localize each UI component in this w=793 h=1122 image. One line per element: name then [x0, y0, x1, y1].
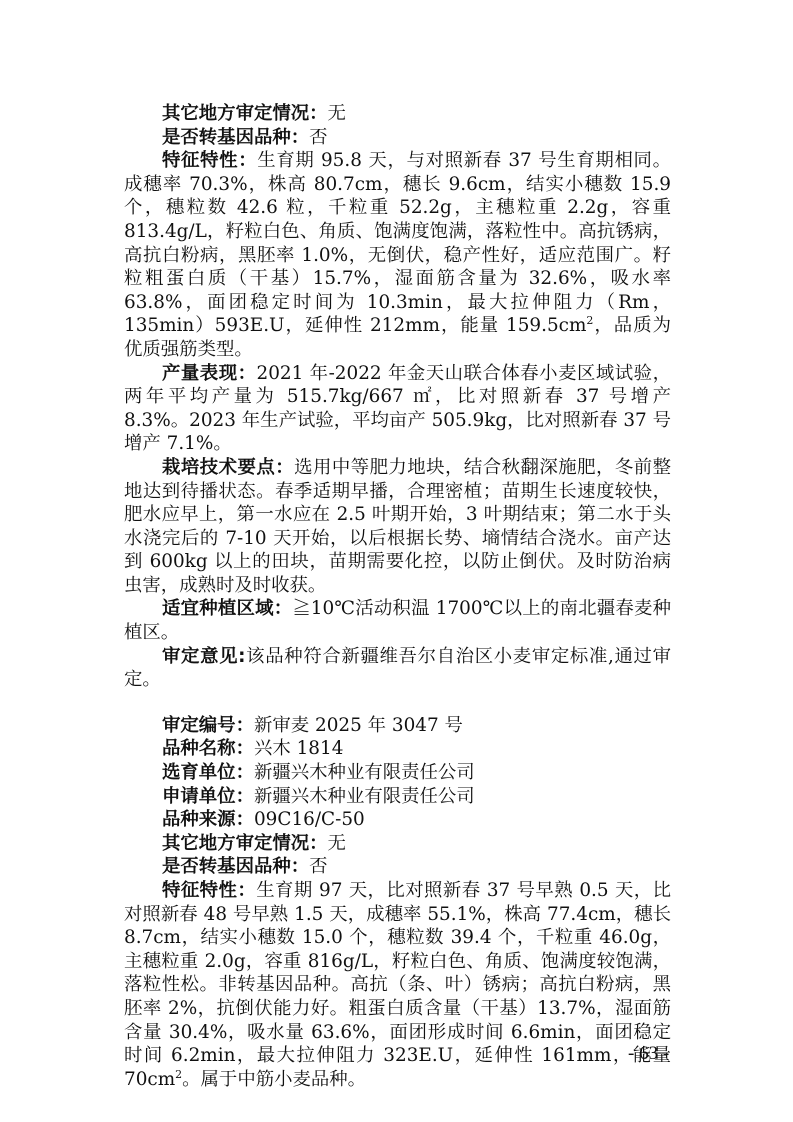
field-value: 否 — [309, 127, 327, 148]
field-label: 选育单位 — [162, 762, 236, 783]
s1-yield: 产量表现：2021 年-2022 年金天山联合体春小麦区域试验，两年平均产量为 … — [124, 362, 671, 456]
s2-breeder: 选育单位：新疆兴木种业有限责任公司 — [124, 761, 671, 785]
field-value: 新审麦 2025 年 3047 号 — [254, 715, 463, 736]
field-label: 是否转基因品种 — [162, 127, 291, 148]
section-gap — [124, 692, 671, 714]
s2-traits: 特征特性：生育期 97 天，比对照新春 37 号早熟 0.5 天，比对照新春 4… — [124, 879, 671, 1091]
field-label: 适宜种植区域 — [162, 598, 274, 619]
s2-gmo: 是否转基因品种：否 — [124, 855, 671, 879]
field-text: 生育期 97 天，比对照新春 37 号早熟 0.5 天，比对照新春 48 号早熟… — [124, 880, 671, 1090]
field-label: 审定意见: — [162, 646, 246, 667]
s2-approval-no: 审定编号：新审麦 2025 年 3047 号 — [124, 714, 671, 738]
field-label: 产量表现 — [162, 363, 238, 384]
field-label: 是否转基因品种 — [162, 856, 291, 877]
field-label: 审定编号 — [162, 715, 236, 736]
s1-other-region: 其它地方审定情况：无 — [124, 102, 671, 126]
s1-opinion: 审定意见:该品种符合新疆维吾尔自治区小麦审定标准,通过审定。 — [124, 645, 671, 692]
field-label: 申请单位 — [162, 786, 236, 807]
s2-source: 品种来源：09C16/C-50 — [124, 808, 671, 832]
field-label: 其它地方审定情况 — [162, 833, 309, 854]
field-text: 生育期 95.8 天，与对照新春 37 号生育期相同。成穗率 70.3%，株高 … — [124, 150, 671, 336]
s2-applicant: 申请单位：新疆兴木种业有限责任公司 — [124, 785, 671, 809]
field-label: 特征特性 — [162, 150, 238, 171]
field-label: 栽培技术要点 — [162, 457, 275, 478]
field-label: 品种来源 — [162, 809, 236, 830]
field-text-tail: 。属于中筋小麦品种。 — [182, 1069, 366, 1090]
field-label: 其它地方审定情况 — [162, 103, 309, 124]
field-value: 无 — [328, 103, 346, 124]
document-page: 其它地方审定情况：无 是否转基因品种：否 特征特性：生育期 95.8 天，与对照… — [124, 102, 671, 1091]
field-value: 无 — [328, 833, 346, 854]
s1-gmo: 是否转基因品种：否 — [124, 126, 671, 150]
s2-other-region: 其它地方审定情况：无 — [124, 832, 671, 856]
field-value: 新疆兴木种业有限责任公司 — [254, 786, 475, 807]
s1-region: 适宜种植区域：≧10℃活动积温 1700℃以上的南北疆春麦种植区。 — [124, 597, 671, 644]
field-value: 否 — [309, 856, 327, 877]
field-value: 兴木 1814 — [254, 738, 343, 759]
field-label: 特征特性 — [162, 880, 237, 901]
s1-traits: 特征特性：生育期 95.8 天，与对照新春 37 号生育期相同。成穗率 70.3… — [124, 149, 671, 361]
field-value: 09C16/C-50 — [254, 809, 365, 830]
field-label: 品种名称 — [162, 738, 236, 759]
field-value: 新疆兴木种业有限责任公司 — [254, 762, 475, 783]
s2-variety-name: 品种名称：兴木 1814 — [124, 737, 671, 761]
page-number: - 63 - — [628, 1043, 669, 1065]
s1-cultivation: 栽培技术要点：选用中等肥力地块，结合秋翻深施肥，冬前整地达到待播状态。春季适期早… — [124, 456, 671, 598]
